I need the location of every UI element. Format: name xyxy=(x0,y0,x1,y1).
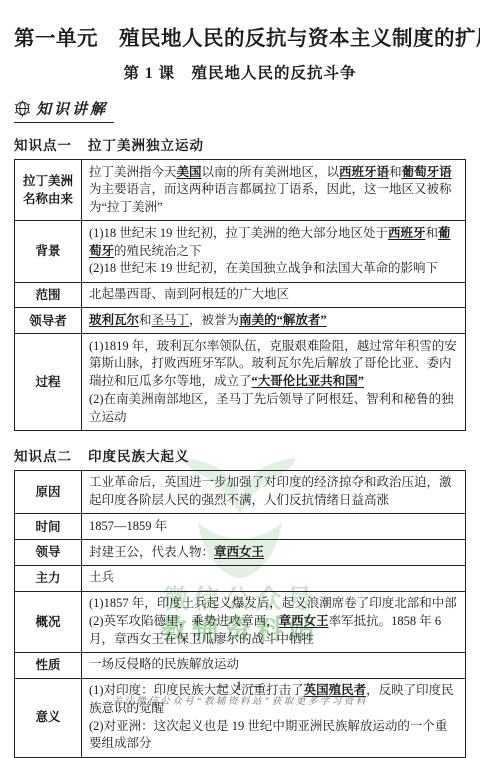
text-segment: 以南的所有美洲地区，以 xyxy=(202,165,340,179)
row-label: 背景 xyxy=(15,221,82,281)
india-uprising-table: 原因工业革命后，英国进一步加强了对印度的经济掠夺和政治压迫，激起印度各阶层人民的… xyxy=(14,470,466,713)
kp1-label: 知识点一 xyxy=(14,138,72,153)
content-paragraph: 拉丁美洲指今天美国以南的所有美洲地区，以西班牙语和葡萄牙语为主要语言，而这两种语… xyxy=(89,164,458,217)
highlighted-term: 南美的“解放者” xyxy=(239,313,327,327)
content-paragraph: 玻利瓦尔和圣马丁，被誉为南美的“解放者” xyxy=(89,312,458,330)
highlighted-term: 圣马丁 xyxy=(152,313,190,327)
highlighted-term: 西班牙 xyxy=(388,226,426,240)
row-label: 领导 xyxy=(15,540,82,565)
row-content: (1)18 世纪末 19 世纪初，拉丁美洲的绝大部分地区处于西班牙和葡萄牙的殖民… xyxy=(82,221,465,281)
knowledge-explanation-header: 知识讲解 xyxy=(14,98,114,123)
content-paragraph: (1)1857 年，印度土兵起义爆发后，起义浪潮席卷了印度北部和中部 xyxy=(89,595,458,613)
text-segment: 为主要语言，而这两种语言都属拉丁语系，因此，这一地区又被称为“拉丁美洲” xyxy=(89,182,452,214)
text-segment: (2)在南美洲南部地区，圣马丁先后领导了阿根廷、智利和秘鲁的独立运动 xyxy=(89,392,454,424)
row-content: 工业革命后，英国进一步加强了对印度的经济掠夺和政治压迫，激起印度各阶层人民的强烈… xyxy=(82,471,465,514)
table-row: 主力土兵 xyxy=(15,566,465,592)
row-content: 玻利瓦尔和圣马丁，被誉为南美的“解放者” xyxy=(82,308,465,333)
text-segment: 土兵 xyxy=(89,570,114,584)
highlighted-term: 玻利瓦尔 xyxy=(89,313,139,327)
latin-america-independence-table: 拉丁美洲名称由来拉丁美洲指今天美国以南的所有美洲地区，以西班牙语和葡萄牙语为主要… xyxy=(14,159,466,431)
kp1-title: 拉丁美洲独立运动 xyxy=(88,138,204,153)
content-paragraph: (1)18 世纪末 19 世纪初，拉丁美洲的绝大部分地区处于西班牙和葡萄牙的殖民… xyxy=(89,225,458,261)
text-segment: 封建王公，代表人物： xyxy=(89,545,214,559)
table-row: 范围北起墨西哥、南到阿根廷的广大地区 xyxy=(15,283,465,309)
row-content: 封建王公，代表人物：章西女王 xyxy=(82,540,465,565)
content-paragraph: (1)1819 年，玻利瓦尔率领队伍，克服艰难险阻，越过常年积雪的安第斯山脉，打… xyxy=(89,338,458,391)
text-segment: (2)英军攻陷德里，乘势进攻章西， xyxy=(89,614,279,628)
row-label: 概况 xyxy=(15,592,82,652)
content-paragraph: 北起墨西哥、南到阿根廷的广大地区 xyxy=(89,286,458,304)
content-paragraph: (2)18 世纪末 19 世纪初，在美国独立战争和法国大革命的影响下 xyxy=(89,260,458,278)
text-segment: ，被誉为 xyxy=(189,313,239,327)
row-label: 性质 xyxy=(15,653,82,678)
row-content: 北起墨西哥、南到阿根廷的广大地区 xyxy=(82,283,465,308)
text-segment: 和 xyxy=(389,165,402,179)
text-segment: (2)18 世纪末 19 世纪初，在美国独立战争和法国大革命的影响下 xyxy=(89,261,438,275)
footer-note: 关注微信公众号“教辅资料站”获取更多学习资料 xyxy=(0,693,480,707)
content-paragraph: 封建王公，代表人物：章西女王 xyxy=(89,544,458,562)
table-row: 拉丁美洲名称由来拉丁美洲指今天美国以南的所有美洲地区，以西班牙语和葡萄牙语为主要… xyxy=(15,160,465,221)
highlighted-term: “大哥伦比亚共和国” xyxy=(252,374,365,388)
text-segment: (1)1857 年，印度土兵起义爆发后，起义浪潮席卷了印度北部和中部 xyxy=(89,596,457,610)
row-label: 拉丁美洲名称由来 xyxy=(15,160,82,220)
content-paragraph: 土兵 xyxy=(89,569,458,587)
text-segment: (1)18 世纪末 19 世纪初，拉丁美洲的绝大部分地区处于 xyxy=(89,226,388,240)
row-label: 范围 xyxy=(15,283,82,308)
content-paragraph: (2)英军攻陷德里，乘势进攻章西，章西女王率军抵抗。1858 年 6 月，章西女… xyxy=(89,613,458,649)
text-segment: 北起墨西哥、南到阿根廷的广大地区 xyxy=(89,287,289,301)
knowledge-point-2-header: 知识点二印度民族大起义 xyxy=(14,445,466,465)
kp2-label: 知识点二 xyxy=(14,449,72,464)
content-paragraph: 一场反侵略的民族解放运动 xyxy=(89,656,458,674)
text-segment: 的殖民统治之下 xyxy=(114,244,202,258)
text-segment: 拉丁美洲指今天 xyxy=(89,165,177,179)
text-segment: 一场反侵略的民族解放运动 xyxy=(89,657,239,671)
table-row: 背景(1)18 世纪末 19 世纪初，拉丁美洲的绝大部分地区处于西班牙和葡萄牙的… xyxy=(15,221,465,282)
text-segment: 和 xyxy=(139,313,152,327)
table-row: 领导者玻利瓦尔和圣马丁，被誉为南美的“解放者” xyxy=(15,308,465,334)
highlighted-term: 章西女王 xyxy=(214,545,264,559)
table-row: 时间1857—1859 年 xyxy=(15,514,465,540)
row-label: 过程 xyxy=(15,334,82,430)
content-paragraph: 1857—1859 年 xyxy=(89,518,458,536)
globe-icon xyxy=(14,100,31,117)
page-footer: — 1 — 关注微信公众号“教辅资料站”获取更多学习资料 xyxy=(0,679,480,707)
unit-title: 第一单元 殖民地人民的反抗与资本主义制度的扩展 xyxy=(14,21,466,51)
content-paragraph: 工业革命后，英国进一步加强了对印度的经济掠夺和政治压迫，激起印度各阶层人民的强烈… xyxy=(89,474,458,510)
content-paragraph: (2)在南美洲南部地区，圣马丁先后领导了阿根廷、智利和秘鲁的独立运动 xyxy=(89,391,458,427)
row-content: (1)1857 年，印度土兵起义爆发后，起义浪潮席卷了印度北部和中部(2)英军攻… xyxy=(82,592,465,652)
text-segment: 工业革命后，英国进一步加强了对印度的经济掠夺和政治压迫，激起印度各阶层人民的强烈… xyxy=(89,475,452,507)
highlighted-term: 美国 xyxy=(177,165,202,179)
row-label: 领导者 xyxy=(15,308,82,333)
row-content: 土兵 xyxy=(82,566,465,591)
text-segment: 和 xyxy=(425,226,438,240)
table-row: 过程(1)1819 年，玻利瓦尔率领队伍，克服艰难险阻，越过常年积雪的安第斯山脉… xyxy=(15,334,465,430)
knowledge-point-1-header: 知识点一拉丁美洲独立运动 xyxy=(14,134,466,154)
highlighted-term: 章西女王 xyxy=(279,614,329,628)
table-row: 概况(1)1857 年，印度土兵起义爆发后，起义浪潮席卷了印度北部和中部(2)英… xyxy=(15,592,465,653)
highlighted-term: 西班牙语 xyxy=(339,165,389,179)
kp2-title: 印度民族大起义 xyxy=(88,449,190,464)
row-content: 拉丁美洲指今天美国以南的所有美洲地区，以西班牙语和葡萄牙语为主要语言，而这两种语… xyxy=(82,160,465,220)
table-row: 领导封建王公，代表人物：章西女王 xyxy=(15,540,465,566)
row-label: 原因 xyxy=(15,471,82,514)
table-row: 原因工业革命后，英国进一步加强了对印度的经济掠夺和政治压迫，激起印度各阶层人民的… xyxy=(15,471,465,515)
page-number: — 1 — xyxy=(0,679,480,694)
row-content: 一场反侵略的民族解放运动 xyxy=(82,653,465,678)
knowledge-explanation-label: 知识讲解 xyxy=(36,98,108,119)
textbook-page: 微信公众号 教辅资料站 第一单元 殖民地人民的反抗与资本主义制度的扩展 第 1 … xyxy=(0,0,480,713)
lesson-title: 第 1 课 殖民地人民的反抗斗争 xyxy=(14,61,466,83)
row-content: (1)1819 年，玻利瓦尔率领队伍，克服艰难险阻，越过常年积雪的安第斯山脉，打… xyxy=(82,334,465,430)
row-label: 主力 xyxy=(15,566,82,591)
row-label: 时间 xyxy=(15,514,82,539)
text-segment: 1857—1859 年 xyxy=(89,519,167,533)
highlighted-term: 葡萄牙语 xyxy=(402,165,452,179)
table-row: 性质一场反侵略的民族解放运动 xyxy=(15,653,465,679)
row-content: 1857—1859 年 xyxy=(82,514,465,539)
